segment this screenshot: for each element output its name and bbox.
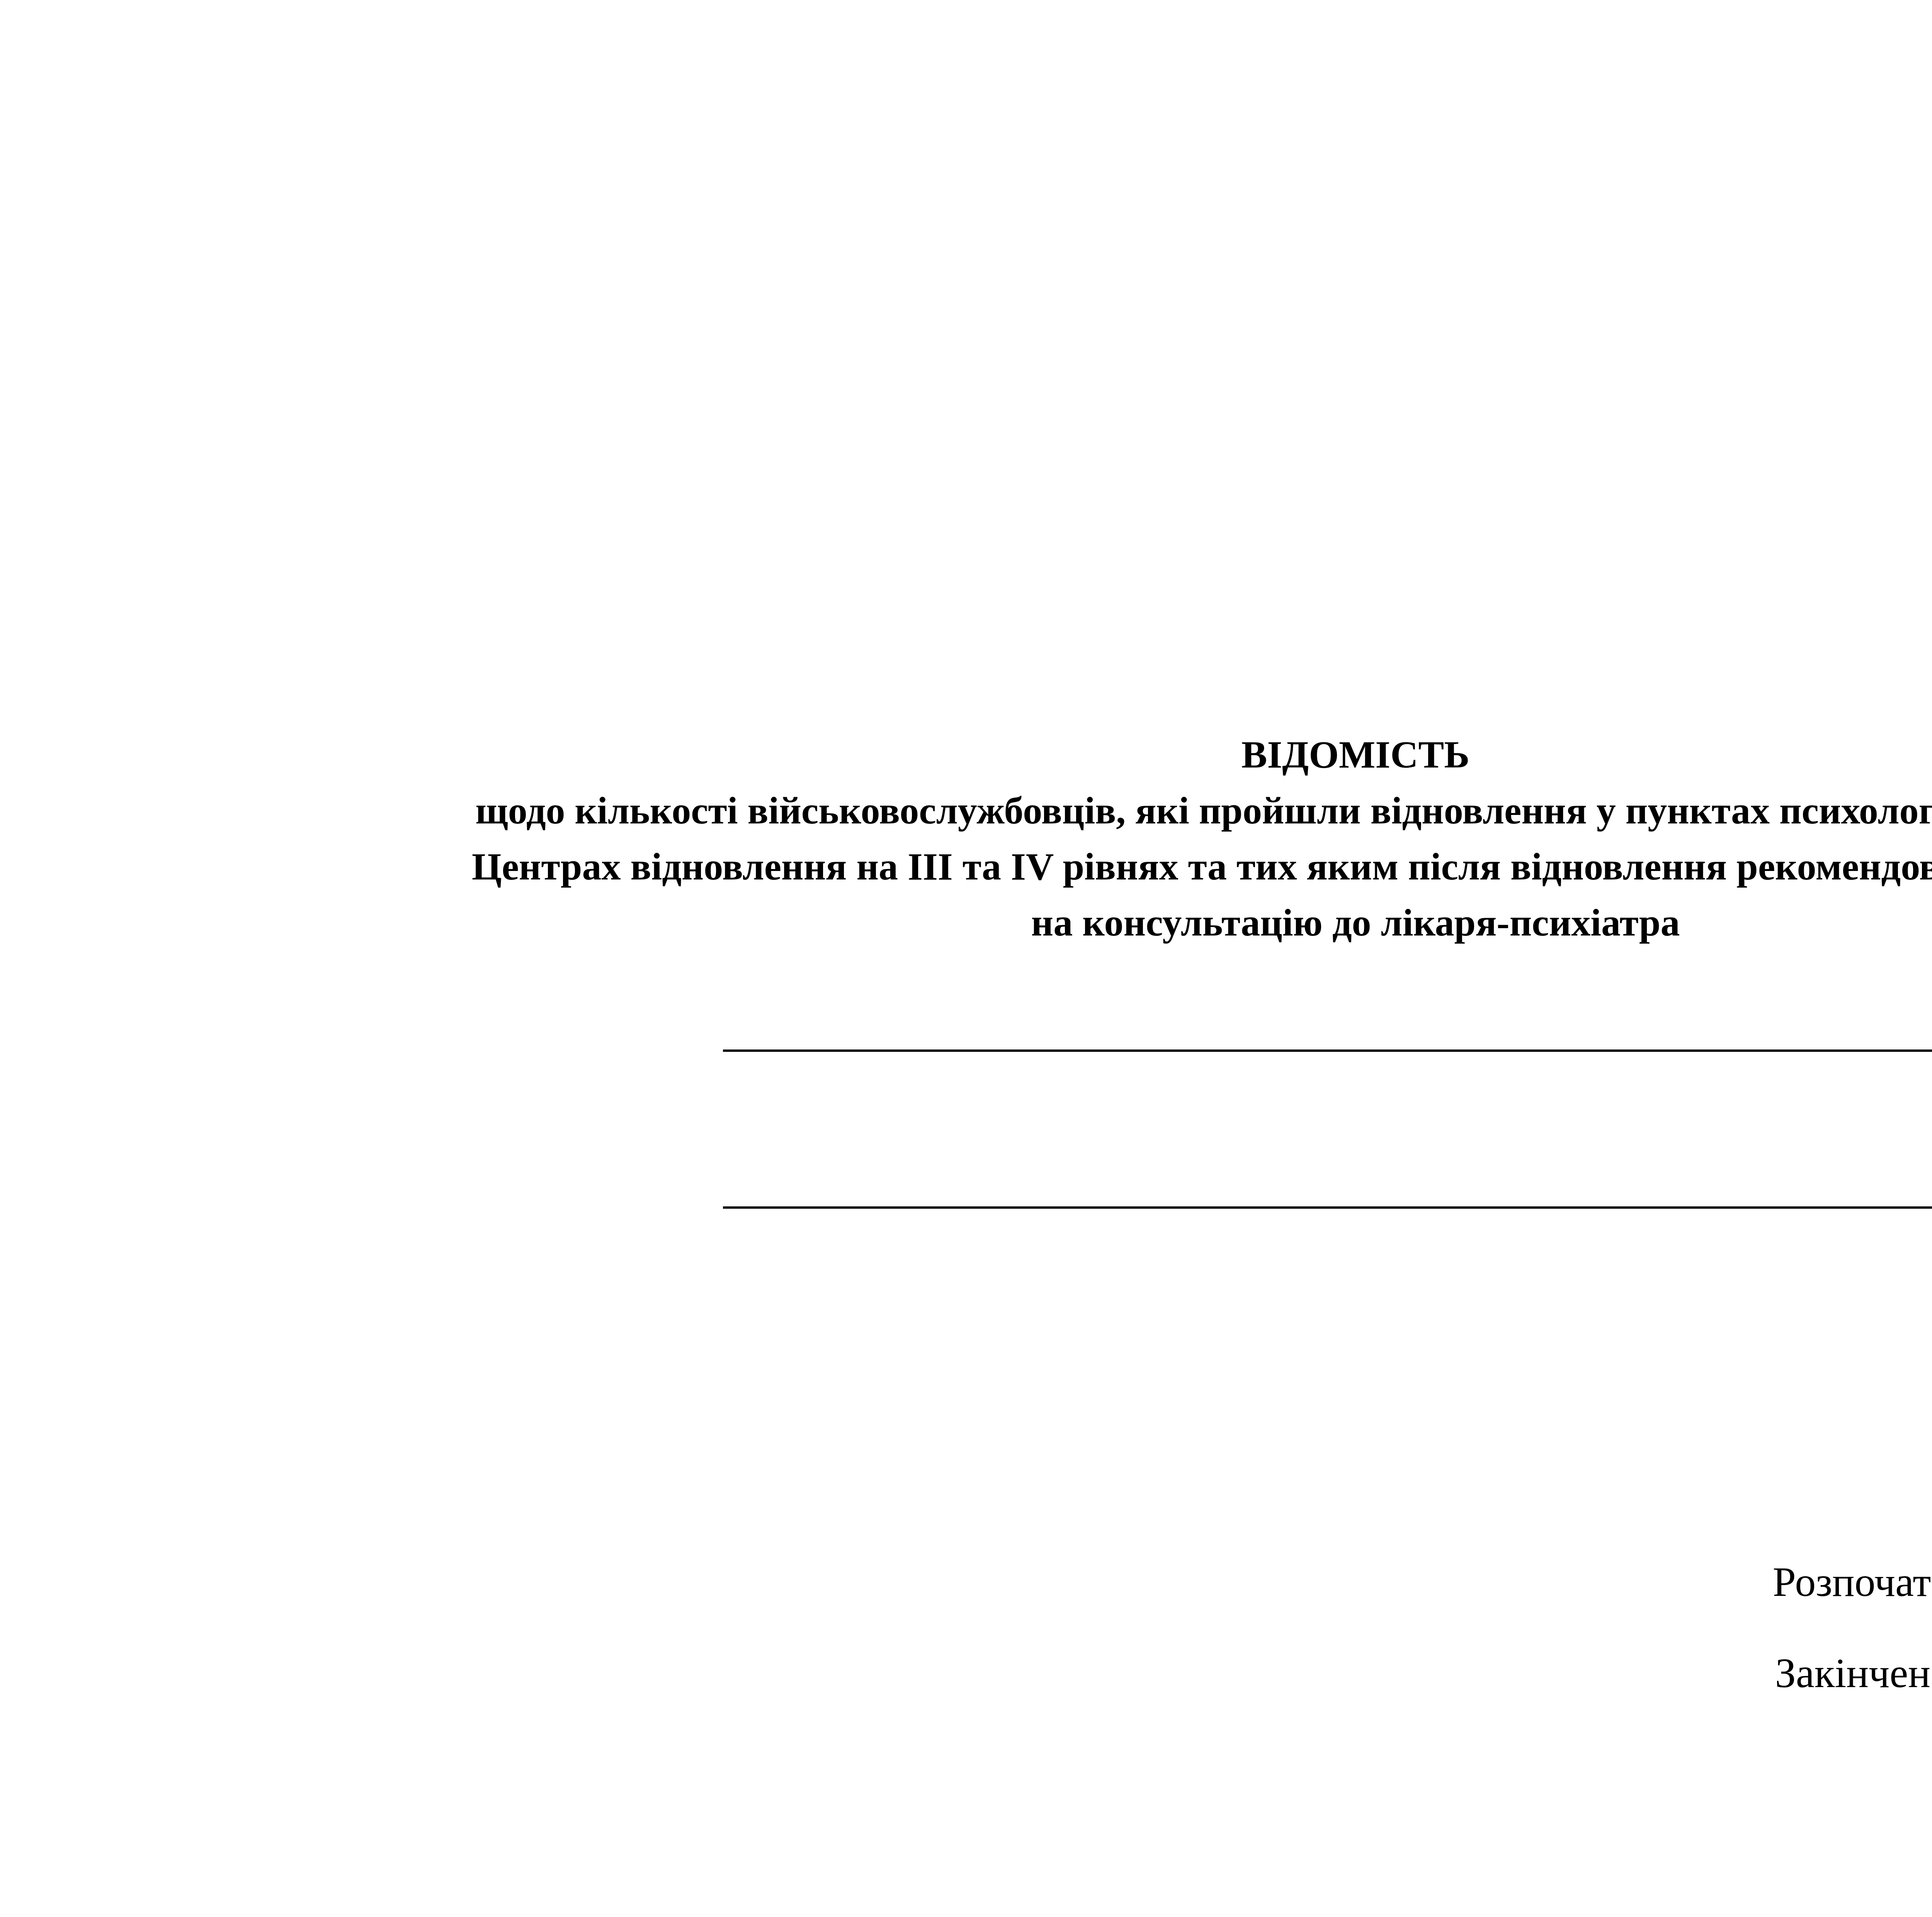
- finished-label: Закінчено: [1775, 1650, 1932, 1696]
- finished-date-row: Закінчено «»20року: [1775, 1648, 1932, 1699]
- subtitle-line-3: на консультацію до лікаря-психіатра: [0, 895, 1932, 951]
- subtitle-line-2: Центрах відновлення на ІІІ та IV рівнях …: [0, 839, 1932, 895]
- subtitle-line-1: щодо кількості військовослужбовців, які …: [0, 782, 1932, 839]
- document-subtitle: щодо кількості військовослужбовців, які …: [0, 782, 1932, 951]
- started-date-row: Розпочато «»20року: [1773, 1557, 1932, 1607]
- fill-in-line-1[interactable]: [723, 1050, 1932, 1052]
- fill-in-line-2[interactable]: [723, 1206, 1932, 1209]
- document-title: ВІДОМІСТЬ: [0, 726, 1932, 782]
- started-label: Розпочато: [1773, 1559, 1932, 1605]
